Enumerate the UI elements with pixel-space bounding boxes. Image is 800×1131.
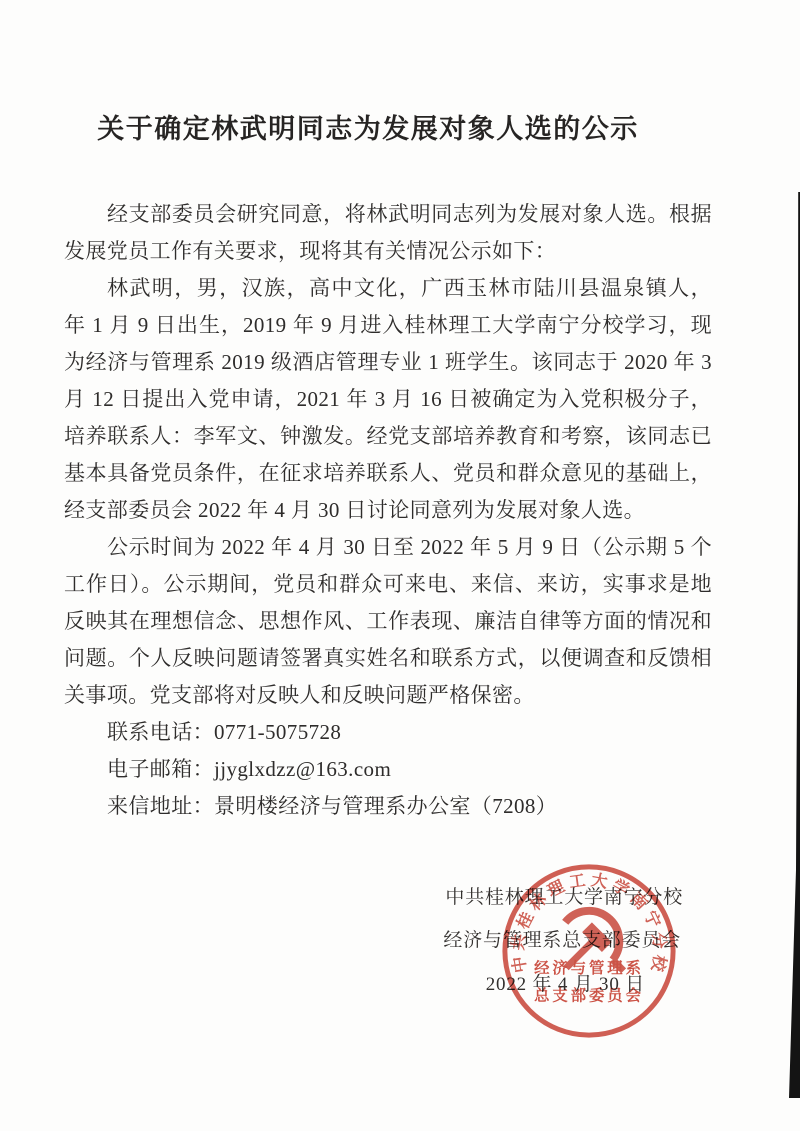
- contact-line: 联系电话：0771-5075728: [64, 714, 712, 751]
- document-body: 经支部委员会研究同意，将林武明同志列为发展对象人选。根据发展党员工作有关要求，现…: [64, 196, 712, 825]
- body-line: 基本具备党员条件，在征求培养联系人、党员和群众意见的基础上，: [64, 455, 712, 492]
- body-line: 经支部委员会研究同意，将林武明同志列为发展对象人选。根据: [64, 196, 712, 233]
- official-seal: 中共桂林理工大学南宁分校 经济与管理系 总支部委员会: [495, 857, 683, 1045]
- scanned-document-page: 关于确定林武明同志为发展对象人选的公示 经支部委员会研究同意，将林武明同志列为发…: [0, 0, 800, 1131]
- body-line: 培养联系人：李军文、钟激发。经党支部培养教育和考察，该同志已: [64, 418, 712, 455]
- body-line: 工作日）。公示期间，党员和群众可来电、来信、来访，实事求是地: [64, 566, 712, 603]
- scan-edge-shadow: [786, 0, 800, 1131]
- document-title: 关于确定林武明同志为发展对象人选的公示: [0, 107, 736, 146]
- body-line: 公示时间为 2022 年 4 月 30 日至 2022 年 5 月 9 日（公示…: [64, 529, 712, 566]
- seal-inner-line2: 总支部委员会: [534, 986, 644, 1004]
- contact-block: 联系电话：0771-5075728电子邮箱：jjyglxdzz@163.com来…: [64, 714, 712, 825]
- body-line: 林武明，男，汉族，高中文化，广西玉林市陆川县温泉镇人，1999: [64, 270, 712, 307]
- body-line: 为经济与管理系 2019 级酒店管理专业 1 班学生。该同志于 2020 年 3: [64, 344, 712, 381]
- seal-ring: [505, 867, 673, 1035]
- body-line: 关事项。党支部将对反映人和反映问题严格保密。: [64, 677, 712, 714]
- contact-line: 来信地址：景明楼经济与管理系办公室（7208）: [64, 788, 712, 825]
- body-line: 问题。个人反映问题请签署真实姓名和联系方式，以便调查和反馈相: [64, 640, 712, 677]
- paragraphs-container: 经支部委员会研究同意，将林武明同志列为发展对象人选。根据发展党员工作有关要求，现…: [64, 196, 712, 714]
- body-line: 经支部委员会 2022 年 4 月 30 日讨论同意列为发展对象人选。: [64, 492, 712, 529]
- body-line: 月 12 日提出入党申请，2021 年 3 月 16 日被确定为入党积极分子，: [64, 381, 712, 418]
- body-line: 发展党员工作有关要求，现将其有关情况公示如下：: [64, 233, 712, 270]
- body-line: 年 1 月 9 日出生，2019 年 9 月进入桂林理工大学南宁分校学习，现: [64, 307, 712, 344]
- body-line: 反映其在理想信念、思想作风、工作表现、廉洁自律等方面的情况和: [64, 603, 712, 640]
- contact-line: 电子邮箱：jjyglxdzz@163.com: [64, 751, 712, 788]
- seal-inner-line1: 经济与管理系: [534, 959, 644, 977]
